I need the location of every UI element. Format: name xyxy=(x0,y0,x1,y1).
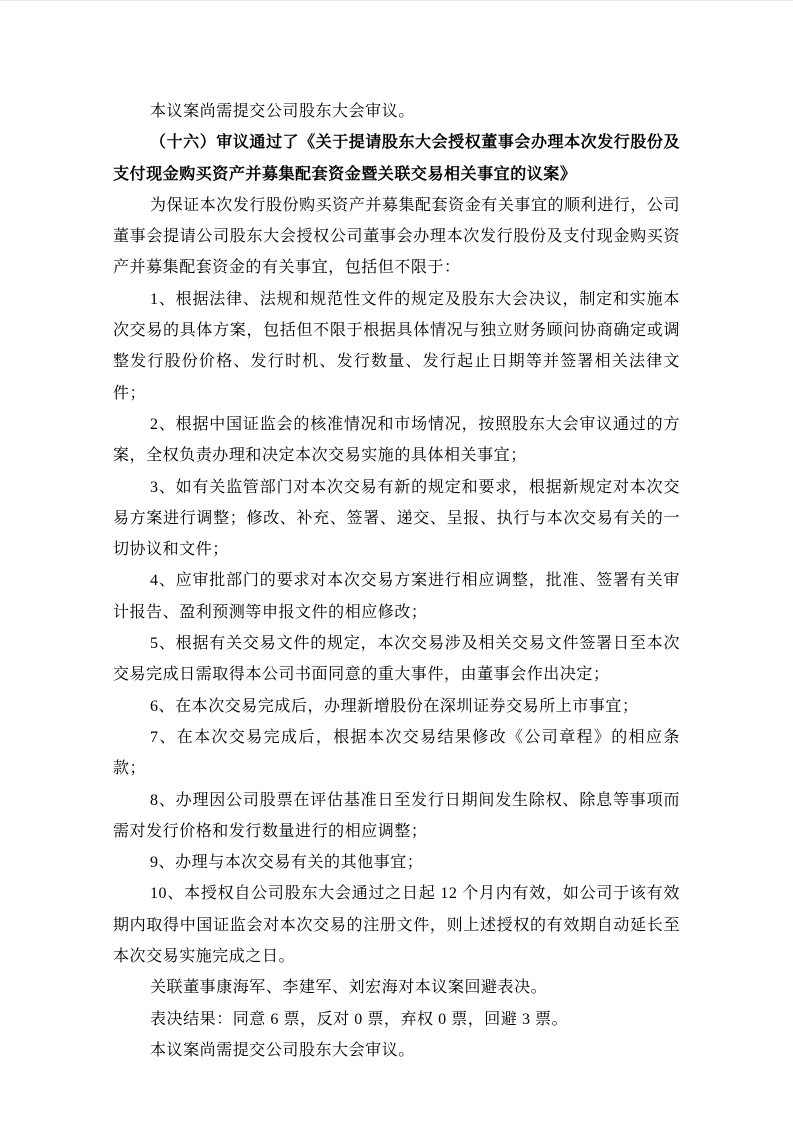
paragraph-auth-item-4: 4、应审批部门的要求对本次交易方案进行相应调整，批准、签署有关审计报告、盈利预测… xyxy=(113,565,680,628)
document-page: 本议案尚需提交公司股东大会审议。 （十六）审议通过了《关于提请股东大会授权董事会… xyxy=(0,0,793,1122)
paragraph-auth-item-8: 8、办理因公司股票在评估基准日至发行日期间发生除权、除息等事项而需对发行价格和发… xyxy=(113,785,680,848)
heading-item-16: （十六）审议通过了《关于提请股东大会授权董事会办理本次发行股份及支付现金购买资产… xyxy=(113,127,680,190)
paragraph-auth-item-1: 1、根据法律、法规和规范性文件的规定及股东大会决议，制定和实施本次交易的具体方案… xyxy=(113,284,680,409)
paragraph-auth-item-7: 7、在本次交易完成后，根据本次交易结果修改《公司章程》的相应条款； xyxy=(113,722,680,785)
paragraph-submit-note-bottom: 本议案尚需提交公司股东大会审议。 xyxy=(113,1035,680,1066)
paragraph-auth-item-5: 5、根据有关交易文件的规定，本次交易涉及相关交易文件签署日至本次交易完成日需取得… xyxy=(113,628,680,691)
paragraph-auth-item-10: 10、本授权自公司股东大会通过之日起 12 个月内有效，如公司于该有效期内取得中… xyxy=(113,878,680,972)
paragraph-auth-item-3: 3、如有关监管部门对本次交易有新的规定和要求，根据新规定对本次交易方案进行调整；… xyxy=(113,472,680,566)
paragraph-submit-note-top: 本议案尚需提交公司股东大会审议。 xyxy=(113,96,680,127)
paragraph-related-directors-recusal: 关联董事康海军、李建军、刘宏海对本议案回避表决。 xyxy=(113,972,680,1003)
paragraph-authorization-intro: 为保证本次发行股份购买资产并募集配套资金有关事宜的顺利进行，公司董事会提请公司股… xyxy=(113,190,680,284)
paragraph-vote-result: 表决结果：同意 6 票，反对 0 票，弃权 0 票，回避 3 票。 xyxy=(113,1004,680,1035)
paragraph-auth-item-2: 2、根据中国证监会的核准情况和市场情况，按照股东大会审议通过的方案，全权负责办理… xyxy=(113,409,680,472)
paragraph-auth-item-6: 6、在本次交易完成后，办理新增股份在深圳证券交易所上市事宜； xyxy=(113,691,680,722)
paragraph-auth-item-9: 9、办理与本次交易有关的其他事宜； xyxy=(113,847,680,878)
